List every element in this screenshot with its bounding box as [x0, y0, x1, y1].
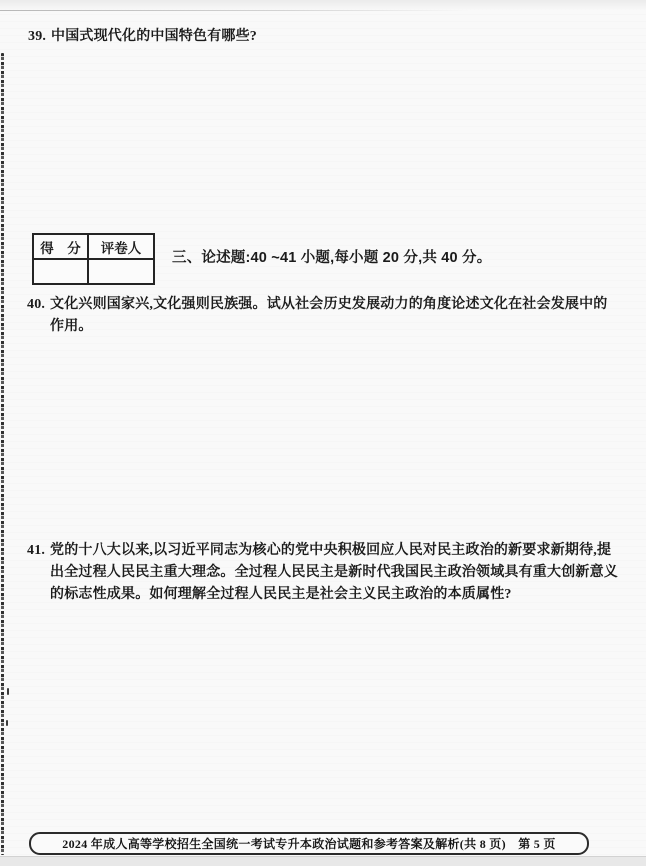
question-39: 39. 中国式现代化的中国特色有哪些?	[28, 26, 257, 48]
scan-binding-edge	[1, 53, 4, 855]
question-39-number: 39.	[28, 26, 51, 48]
question-41-text-line: 的标志性成果。如何理解全过程人民民主是社会主义民主政治的本质属性?	[50, 584, 618, 606]
score-label-cell: 得 分	[33, 234, 88, 259]
question-41-number: 41.	[27, 540, 50, 606]
question-39-text: 中国式现代化的中国特色有哪些?	[51, 29, 257, 44]
grader-value-cell	[88, 259, 154, 284]
scan-bottom-edge	[0, 856, 646, 866]
score-table: 得 分 评卷人	[32, 233, 155, 285]
scan-top-edge	[0, 0, 646, 10]
question-40-text-line: 作用。	[50, 316, 608, 338]
footer-text: 2024 年成人高等学校招生全国统一考试专升本政治试题和参考答案及解析(共 8 …	[62, 835, 555, 852]
scan-speck	[6, 720, 8, 726]
question-41-text-line: 出全过程人民民主重大理念。全过程人民民主是新时代我国民主政治领域具有重大创新意义	[50, 562, 618, 584]
scan-top-line	[0, 10, 470, 11]
question-40: 40. 文化兴则国家兴,文化强则民族强。试从社会历史发展动力的角度论述文化在社会…	[27, 294, 608, 338]
question-41: 41. 党的十八大以来,以习近平同志为核心的党中央积极回应人民对民主政治的新要求…	[27, 540, 618, 606]
grader-label-cell: 评卷人	[88, 234, 154, 259]
question-40-number: 40.	[27, 294, 50, 338]
footer-box: 2024 年成人高等学校招生全国统一考试专升本政治试题和参考答案及解析(共 8 …	[29, 832, 589, 855]
exam-paper-page: 39. 中国式现代化的中国特色有哪些? 得 分 评卷人 三、论述题:40 ~41…	[0, 0, 646, 866]
scan-speck	[7, 688, 9, 695]
score-value-cell	[33, 259, 88, 284]
section-heading: 三、论述题:40 ~41 小题,每小题 20 分,共 40 分。	[172, 248, 491, 268]
question-41-text-line: 党的十八大以来,以习近平同志为核心的党中央积极回应人民对民主政治的新要求新期待,…	[50, 540, 618, 562]
question-40-text-line: 文化兴则国家兴,文化强则民族强。试从社会历史发展动力的角度论述文化在社会发展中的	[50, 294, 608, 316]
